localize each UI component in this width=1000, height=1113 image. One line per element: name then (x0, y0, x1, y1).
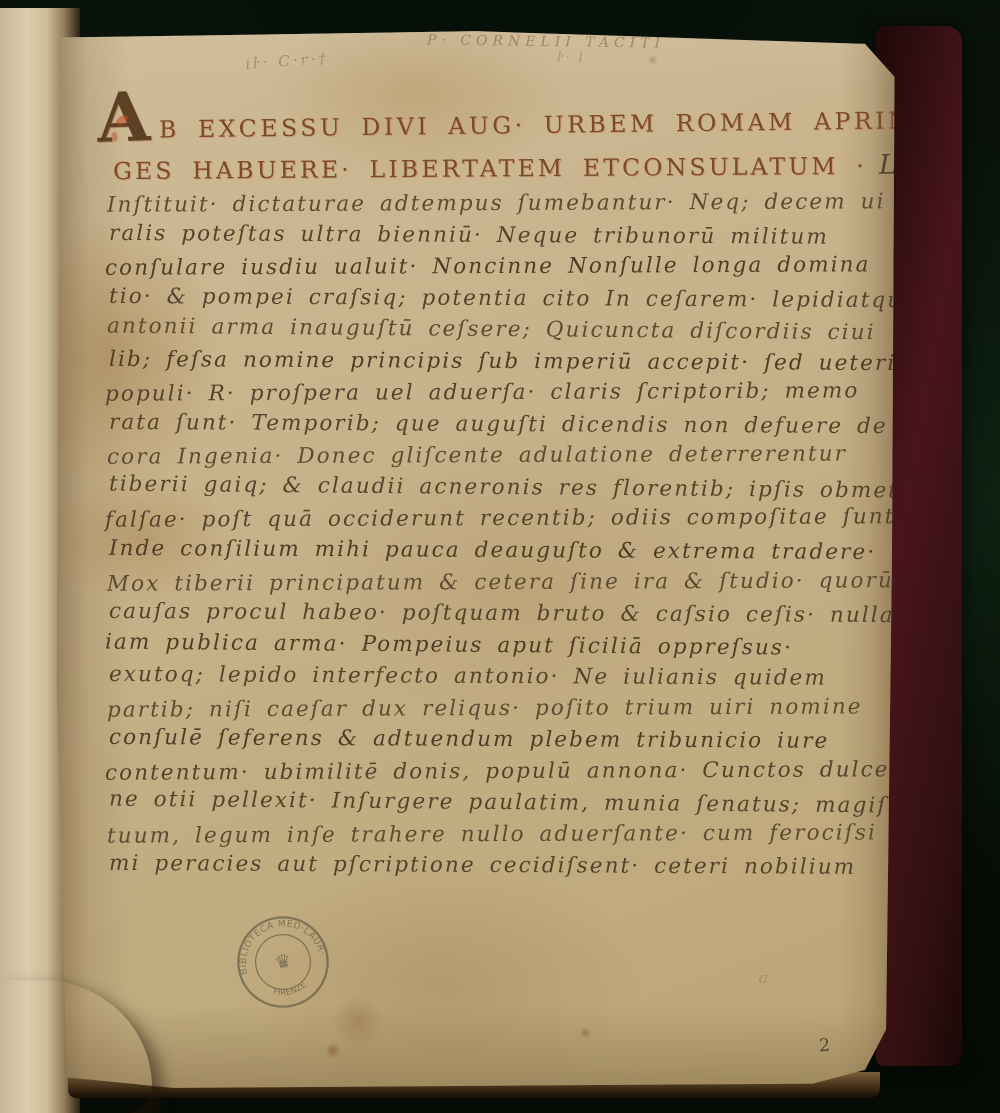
manuscript-line: mi peracies aut pſcriptione cecidiſsent·… (109, 848, 897, 884)
top-annotation-right: ŀ· l (557, 50, 585, 67)
manuscript-line: antonii arma inauguſtū ceſsere; Quicunct… (107, 311, 897, 349)
manuscript-line: exutoq; lepido interfecto antonio· Ne iu… (109, 659, 897, 695)
rubric-line-2-capitals: GES HABUERE· LIBERTATEM ETCONSULATUM · (113, 152, 867, 185)
manuscript-line: ralis poteſtas ultra bienniū· Neque trib… (109, 217, 897, 253)
top-annotation-left: ıŀ· C·r·† (244, 49, 329, 73)
rubric-line-1: B EXCESSU DIVI AUG· URBEM ROMAM APRINCIP… (159, 104, 1000, 143)
folio-number: 2 (819, 1036, 831, 1056)
top-annotation-center: P· CORNELII TACITI (427, 32, 665, 51)
stamp-crown-icon: ♛ (273, 950, 294, 974)
manuscript-line: populi· R· proſpera uel aduerſa· claris … (105, 376, 897, 411)
manuscript-line: cauſas procul habeo· poſtquam bruto & ca… (109, 596, 897, 632)
manuscript-line: rata ſunt· Temporib; que auguſti dicendi… (109, 407, 897, 443)
manuscript-line: lib; feſsa nomine principis ſub imperiū … (109, 344, 897, 380)
manuscript-line: tuum, legum inſe trahere nullo aduerſant… (107, 817, 897, 852)
manuscript-line: Inſtituit· dictaturae adtempus ſumebantu… (107, 186, 897, 221)
manuscript-line: cora Ingenia· Donec gliſcente adulatione… (107, 439, 897, 474)
text-block: Inſtituit· dictaturae adtempus ſumebantu… (105, 188, 897, 882)
manuscript-line: falſae· poſt quā occiderunt recentib; od… (105, 502, 897, 537)
manuscript-page: ıŀ· C·r·† P· CORNELII TACITI ŀ· l A B EX… (55, 28, 897, 1090)
stamp-ring-text-bottom: FIRENZE (270, 979, 310, 1002)
manuscript-line: Mox tiberii principatum & cetera ſine ir… (107, 565, 897, 600)
photograph-backdrop: ıŀ· C·r·† P· CORNELII TACITI ŀ· l A B EX… (0, 0, 1000, 1113)
decorated-initial: A (96, 83, 151, 153)
manuscript-line: Inde conſilium mihi pauca deauguſto & ex… (109, 533, 897, 569)
manuscript-line: conſulare iusdiu ualuit· Noncinne Nonſul… (105, 249, 897, 284)
manuscript-line: partib; niſi caeſar dux reliqus· poſito … (107, 691, 897, 726)
margin-mark: a (758, 967, 770, 987)
library-stamp: BIBLIOTECA MED·LAUR· FIRENZE ♛ (225, 904, 341, 1020)
manuscript-line: ne otii pellexit· Inſurgere paulatim, mu… (109, 784, 897, 822)
svg-text:FIRENZE: FIRENZE (270, 979, 310, 1002)
rubric-line-2: GES HABUERE· LIBERTATEM ETCONSULATUM ·L … (113, 149, 1000, 186)
manuscript-line: conſulē ſeferens & adtuendum plebem trib… (109, 722, 897, 758)
